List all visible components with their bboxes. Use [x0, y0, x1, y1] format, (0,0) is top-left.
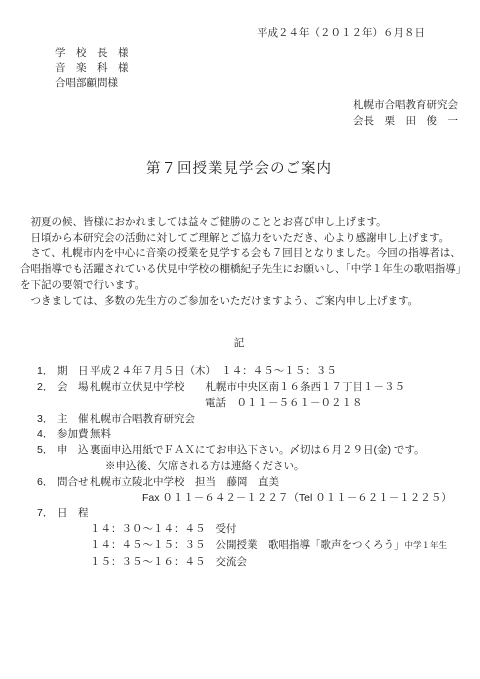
list-item-fee: 4． 参加費 無料 [37, 427, 458, 443]
sender-organization: 札幌市合唱教育研究会 [20, 97, 458, 113]
list-item-contact: 6． 問合せ 札幌市立陵北中学校 担当 藤岡 直美 [37, 475, 458, 491]
document-page: 平成２４年（２０１２年）６月８日 学 校 長 様 音 楽 科 様 合唱部顧問様 … [0, 0, 480, 679]
item-label: 期 日 [57, 364, 90, 380]
schedule-row-open-class: １４：４５～１５：３５ 公開授業 歌唱指導「歌声をつくろう」 中学１年生 [90, 538, 458, 555]
item-number: 7． [37, 506, 57, 522]
body-line: を下記の要領で行います。 [20, 278, 458, 294]
schedule-event: 公開授業 歌唱指導「歌声をつくろう」 [216, 538, 405, 555]
recipient-list: 学 校 長 様 音 楽 科 様 合唱部顧問様 [55, 46, 458, 91]
schedule-event: 交流会 [216, 555, 248, 571]
list-item-date: 1． 期 日 平成２４年７月５日（木） １４：４５～１５：３５ [37, 364, 458, 380]
item-number: 2． [37, 380, 57, 396]
list-item-application: 5． 申 込 裏面申込用紙でＦＡＸにてお申込下さい。〆切は６月２９日(金) です… [37, 443, 458, 459]
record-mark: 記 [20, 336, 458, 351]
schedule-row-social: １５：３５～１６：４５ 交流会 [90, 555, 458, 571]
list-item-schedule: 7． 日 程 [37, 506, 458, 522]
list-item-organizer: 3． 主 催 札幌市合唱教育研究会 [37, 412, 458, 428]
document-title: 第７回授業見学会のご案内 [20, 160, 458, 178]
sender-block: 札幌市合唱教育研究会 会長 栗 田 俊 一 [20, 97, 458, 129]
application-absence-note: ※申込後、欠席される方は連絡ください。 [105, 459, 458, 475]
venue-phone-line: 電話 ０１１－５６１－０２１８ [205, 396, 458, 412]
recipient-music-department: 音 楽 科 様 [55, 61, 458, 76]
item-content: 札幌市立伏見中学校 札幌市中央区南１６条西１７丁目１－３５ [90, 380, 405, 396]
item-label: 会 場 [57, 380, 90, 396]
item-number: 6． [37, 475, 57, 491]
item-content: 裏面申込用紙でＦＡＸにてお申込下さい。〆切は６月２９日(金) です。 [90, 443, 425, 459]
sender-chairman-name: 会長 栗 田 俊 一 [20, 113, 458, 129]
greeting-body: 初夏の候、皆様におかれましては益々ご健勝のこととお喜び申し上げます。 日頃から本… [20, 215, 458, 309]
item-number: 4． [37, 427, 57, 443]
item-number: 5． [37, 443, 57, 459]
details-list: 1． 期 日 平成２４年７月５日（木） １４：４５～１５：３５ 2． 会 場 札… [20, 364, 458, 570]
item-content: 札幌市立陵北中学校 担当 藤岡 直美 [90, 475, 279, 491]
item-label: 申 込 [57, 443, 90, 459]
schedule-time: １４：３０～１４：４５ [90, 522, 206, 538]
document-date: 平成２４年（２０１２年）６月８日 [20, 26, 458, 41]
recipient-school-principal: 学 校 長 様 [55, 46, 458, 61]
schedule-row-reception: １４：３０～１４：４５ 受付 [90, 522, 458, 538]
item-content: 平成２４年７月５日（木） １４：４５～１５：３５ [90, 364, 337, 380]
item-number: 3． [37, 412, 57, 428]
body-line: 初夏の候、皆様におかれましては益々ご健勝のこととお喜び申し上げます。 [20, 215, 458, 231]
schedule-event: 受付 [216, 522, 237, 538]
item-label: 問合せ [57, 475, 90, 491]
item-content: 札幌市合唱教育研究会 [90, 412, 195, 428]
item-label: 参加費 [57, 427, 90, 443]
body-line: 日頃から本研究会の活動に対してご理解とご協力をいただき、心より感謝申し上げます。 [20, 231, 458, 247]
item-label: 日 程 [57, 506, 90, 522]
recipient-choir-club-advisor: 合唱部顧問様 [55, 76, 458, 91]
item-number: 1． [37, 364, 57, 380]
body-line: つきましては、多数の先生方のご参加をいただけますよう、ご案内申し上げます。 [20, 294, 458, 310]
body-line: さて、札幌市内を中心に音楽の授業を見学する会も７回目となりました。今回の指導者は… [20, 246, 458, 262]
body-line: 合唱指導でも活躍されている伏見中学校の棚橋紀子先生にお願いし、「中学１年生の歌唱… [20, 262, 458, 278]
schedule-time: １４：４５～１５：３５ [90, 538, 206, 555]
item-label: 主 催 [57, 412, 90, 428]
schedule-time: １５：３５～１６：４５ [90, 555, 206, 571]
contact-fax-line: Fax ０１１－６４２－１２２７（Tel ０１１－６２１－１２２５） [142, 491, 458, 507]
schedule-grade-note: 中学１年生 [405, 538, 448, 555]
item-content: 無料 [90, 427, 111, 443]
list-item-venue: 2． 会 場 札幌市立伏見中学校 札幌市中央区南１６条西１７丁目１－３５ [37, 380, 458, 396]
